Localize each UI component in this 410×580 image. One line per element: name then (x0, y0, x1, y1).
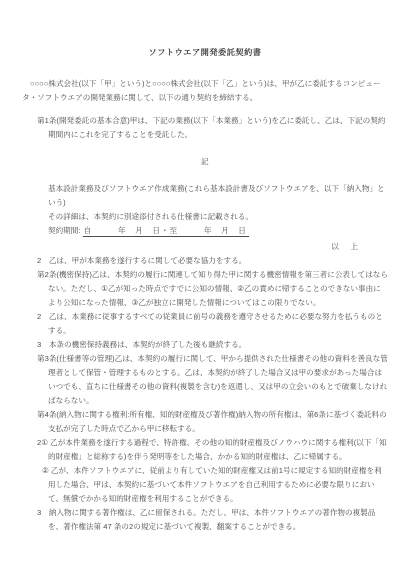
article1-item-details: その詳細は、本契約に別途添付される仕様書に記載される。 (48, 210, 388, 224)
article4-clause1: 第4条(納入物に関する権利:所有権、知的財産権及び著作権)納入物の所有権は、第6… (48, 408, 388, 436)
article3-clause1: 第3条(仕様書等の管理)乙は、本契約の履行に関して、甲から提供された仕様書その他… (48, 352, 388, 408)
contract-period-value: 自 年 月 日・至 年 月 日 (83, 226, 249, 237)
article2-clause1: 第2条(機密保持)乙は、本契約の履行に関連して知り得た甲に関する機密情報を第三者… (48, 268, 388, 310)
article1-clause2: 2 乙は、甲が本業務を遂行するに関して必要な協力をする。 (48, 254, 388, 268)
article4-clause2-item1: 2① 乙が本件業務を遂行する過程で、特許権、その他の知的財産権及びノウハウに関す… (48, 436, 388, 464)
article2-clause3: 3 本条の機密保持義務は、本契約が終了した後も継続する。 (48, 338, 388, 352)
document-title: ソフトウエア開発委託契約書 (22, 46, 388, 60)
contract-period-line: 契約期間: 自 年 月 日・至 年 月 日 (48, 224, 388, 238)
record-marker: 記 (22, 155, 388, 169)
article4-clause2-item2: ② 乙が、本件ソフトウエアに、従前より有していた知的財産権又は前1号に規定する知… (48, 464, 388, 506)
article1-item-work-description: 基本設計業務及びソフトウエア作成業務(これら基本設計書及びソフトウエアを、以下「… (48, 182, 388, 210)
article4-clause3: 3 納入物に関する著作権は、乙に留保される。ただし、甲は、本件ソフトウエアの著作… (48, 506, 388, 534)
closing-marker: 以 上 (22, 240, 388, 254)
contract-document-page: ソフトウエア開発委託契約書 ○○○○株式会社(以下「甲」という)と○○○○株式会… (0, 0, 410, 580)
contract-period-label: 契約期間: (48, 226, 80, 235)
article2-clause2: 2 乙は、本業務に従事するすべての従業員に前号の義務を遵守させるために必要な努力… (48, 310, 388, 338)
article1-heading: 第1条(開発委託の基本合意)甲は、下記の業務(以下「本業務」という)を乙に委託し… (48, 114, 388, 142)
preamble-paragraph: ○○○○株式会社(以下「甲」という)と○○○○株式会社(以下「乙」という)は、甲… (22, 77, 388, 105)
article1-items-block: 基本設計業務及びソフトウエア作成業務(これら基本設計書及びソフトウエアを、以下「… (22, 182, 388, 238)
